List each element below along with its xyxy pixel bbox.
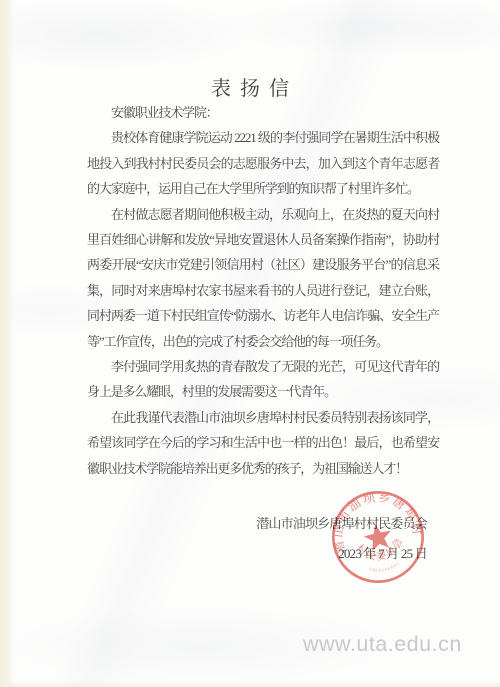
letter-body: 安徽职业技术学院： 贵校体育健康学院运动 2221 级的李付强同学在暑期生活中积… <box>87 100 439 481</box>
paragraph-2: 在村做志愿者期间他积极主动，乐观向上，在炎热的夏天向村里百姓细心讲解和发放“异地… <box>87 202 439 354</box>
letter-title: 表扬信 <box>0 72 500 101</box>
paragraph-4: 在此我谨代表潜山市油坝乡唐埠村村民委员特别表扬该同学，希望该同学在今后的学习和生… <box>87 405 439 481</box>
scan-edge-left <box>0 0 14 687</box>
paragraph-3: 李付强同学用炙热的青春散发了无限的光芒，可见这代青年的身上是多么耀眼，村里的发展… <box>87 354 439 405</box>
scan-edge-bottom <box>0 681 500 687</box>
salutation: 安徽职业技术学院： <box>87 100 439 125</box>
official-seal: 潜山市油坝乡唐埠村 村民委员会 3408240001 <box>321 480 435 594</box>
watermark-url: www.uta.edu.cn <box>303 632 462 657</box>
scanned-letter-page: 表扬信 安徽职业技术学院： 贵校体育健康学院运动 2221 级的李付强同学在暑期… <box>0 0 500 687</box>
paragraph-1: 贵校体育健康学院运动 2221 级的李付强同学在暑期生活中积极地投入到我村村民委… <box>87 125 439 201</box>
